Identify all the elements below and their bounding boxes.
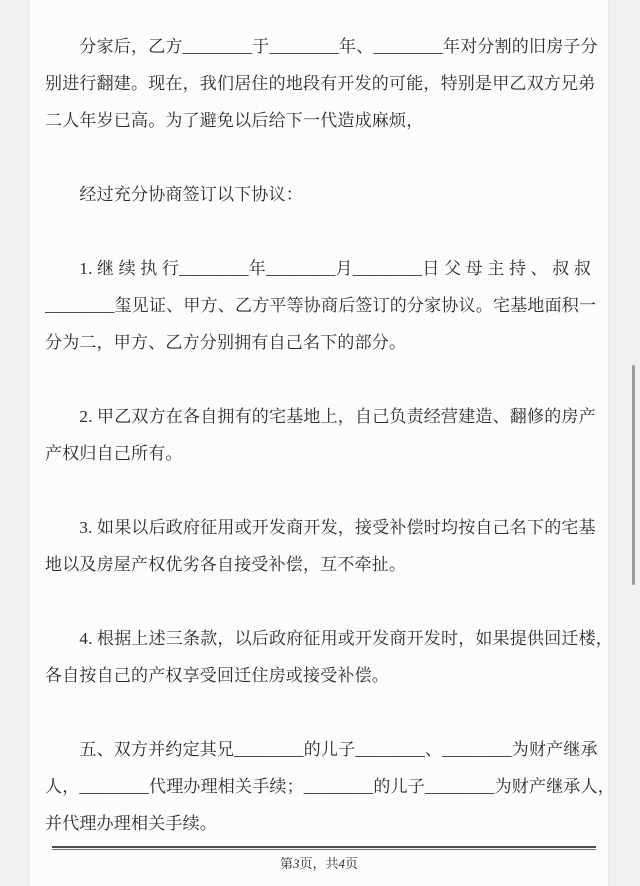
document-line: 五、双方并约定其兄________的儿子________、________为财产… (45, 731, 595, 768)
paragraph: 经过充分协商签订以下协议： (45, 176, 595, 213)
page-indicator-separator: 页，共 (299, 856, 338, 871)
document-line: 3. 如果以后政府征用或开发商开发，接受补偿时均按自己名下的宅基 (45, 509, 595, 546)
document-line: 2. 甲乙双方在各自拥有的宅基地上，自己负责经营建造、翻修的房产 (45, 398, 595, 435)
document-line: 各自按自己的产权享受回迁住房或接受补偿。 (45, 657, 595, 694)
paragraph: 五、双方并约定其兄________的儿子________、________为财产… (45, 731, 595, 842)
document-line: 4. 根据上述三条款，以后政府征用或开发商开发时，如果提供回迁楼， (45, 620, 595, 657)
document-line: 二人年岁已高。为了避免以后给下一代造成麻烦， (45, 102, 595, 139)
paragraph: 分家后，乙方________于________年、________年对分割的旧房… (45, 28, 595, 139)
paragraph: 4. 根据上述三条款，以后政府征用或开发商开发时，如果提供回迁楼， 各自按自己的… (45, 620, 595, 694)
page-footer: 第3页，共4页 (30, 846, 608, 886)
paragraph: 3. 如果以后政府征用或开发商开发，接受补偿时均按自己名下的宅基 地以及房屋产权… (45, 509, 595, 583)
document-viewer: 分家后，乙方________于________年、________年对分割的旧房… (0, 0, 640, 886)
document-line: 并代理办理相关手续。 (45, 805, 595, 842)
document-line: 经过充分协商签订以下协议： (45, 176, 595, 213)
page-indicator-prefix: 第 (280, 856, 293, 871)
paragraph: 2. 甲乙双方在各自拥有的宅基地上，自己负责经营建造、翻修的房产 产权归自己所有… (45, 398, 595, 472)
document-line: 人，________代理办理相关手续；________的儿子________为财… (45, 768, 595, 805)
document-line: 1. 继 续 执 行________年________月________日 父 … (45, 250, 595, 287)
document-page: 分家后，乙方________于________年、________年对分割的旧房… (30, 0, 608, 886)
scrollbar-thumb[interactable] (632, 365, 635, 585)
page-indicator: 第3页，共4页 (30, 850, 608, 878)
document-line: 产权归自己所有。 (45, 435, 595, 472)
document-line: ________玺见证、甲方、乙方平等协商后签订的分家协议。宅基地面积一 (45, 287, 595, 324)
document-line: 分为二，甲方、乙方分别拥有自己名下的部分。 (45, 324, 595, 361)
document-line: 分家后，乙方________于________年、________年对分割的旧房… (45, 28, 595, 65)
paragraph: 1. 继 续 执 行________年________月________日 父 … (45, 250, 595, 361)
page-indicator-suffix: 页 (345, 856, 358, 871)
document-line: 别进行翻建。现在，我们居住的地段有开发的可能，特别是甲乙双方兄弟 (45, 65, 595, 102)
document-line: 地以及房屋产权优劣各自接受补偿，互不牵扯。 (45, 546, 595, 583)
document-content: 分家后，乙方________于________年、________年对分割的旧房… (30, 0, 608, 846)
